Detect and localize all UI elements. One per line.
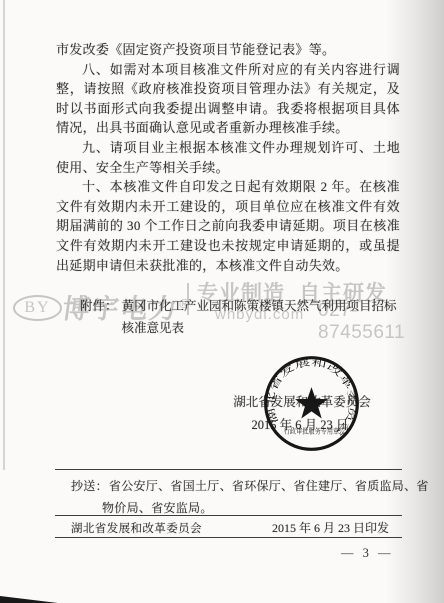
- cc-recipients-line-1: 省公安厅、省国土厅、省环保厅、省住建厅、省质监局、省: [109, 477, 429, 494]
- seal-star-icon: [295, 387, 328, 418]
- seal-bottom-text: 行政审批服务专用章: [284, 426, 340, 436]
- document-body: 市发改委《固定资产投资项目节能登记表》等。 八、如需对本项目核准文件所对应的有关…: [56, 40, 400, 275]
- watermark-logo-text: BY: [24, 299, 50, 317]
- footer-divider-middle: [55, 515, 402, 516]
- paragraph-continuation: 市发改委《固定资产投资项目节能登记表》等。: [56, 40, 400, 60]
- footer-divider-top: [55, 469, 402, 470]
- print-date: 2015 年 6 月 23 日印发: [272, 519, 389, 536]
- footer-divider-bottom: [55, 537, 402, 538]
- attachment-label: 附件：: [80, 296, 118, 339]
- attachment-title-line-1: 黄冈市化工产业园和陈策楼镇天然气利用项目招标: [122, 299, 397, 313]
- official-seal: 湖北省发展和改革委员会 行政审批服务专用章: [262, 354, 361, 453]
- paragraph-item-9: 九、请项目业主根据本核准文件办理规划许可、土地使用、安全生产等相关手续。: [56, 138, 400, 177]
- attachment-note: 附件： 黄冈市化工产业园和陈策楼镇天然气利用项目招标 核准意见表: [80, 296, 397, 339]
- paragraph-item-10: 十、本核准文件自印发之日起有效期限 2 年。在核准文件有效期内未开工建设的，项目…: [56, 177, 400, 275]
- cc-recipients-line-2: 物价局、省安监局。: [102, 499, 213, 516]
- attachment-title: 黄冈市化工产业园和陈策楼镇天然气利用项目招标 核准意见表: [122, 296, 397, 339]
- cc-line: 抄送： 省公安厅、省国土厅、省环保厅、省住建厅、省质监局、省: [71, 477, 429, 494]
- paragraph-item-8: 八、如需对本项目核准文件所对应的有关内容进行调整，请按照《政府核准投资项目管理办…: [56, 60, 400, 138]
- page-number: — 3 —: [341, 546, 394, 561]
- printing-office: 湖北省发展和改革委员会: [71, 520, 202, 536]
- attachment-title-line-2: 核准意见表: [122, 321, 185, 335]
- watermark-logo-oval: BY: [13, 295, 62, 321]
- cc-label: 抄送：: [71, 477, 108, 494]
